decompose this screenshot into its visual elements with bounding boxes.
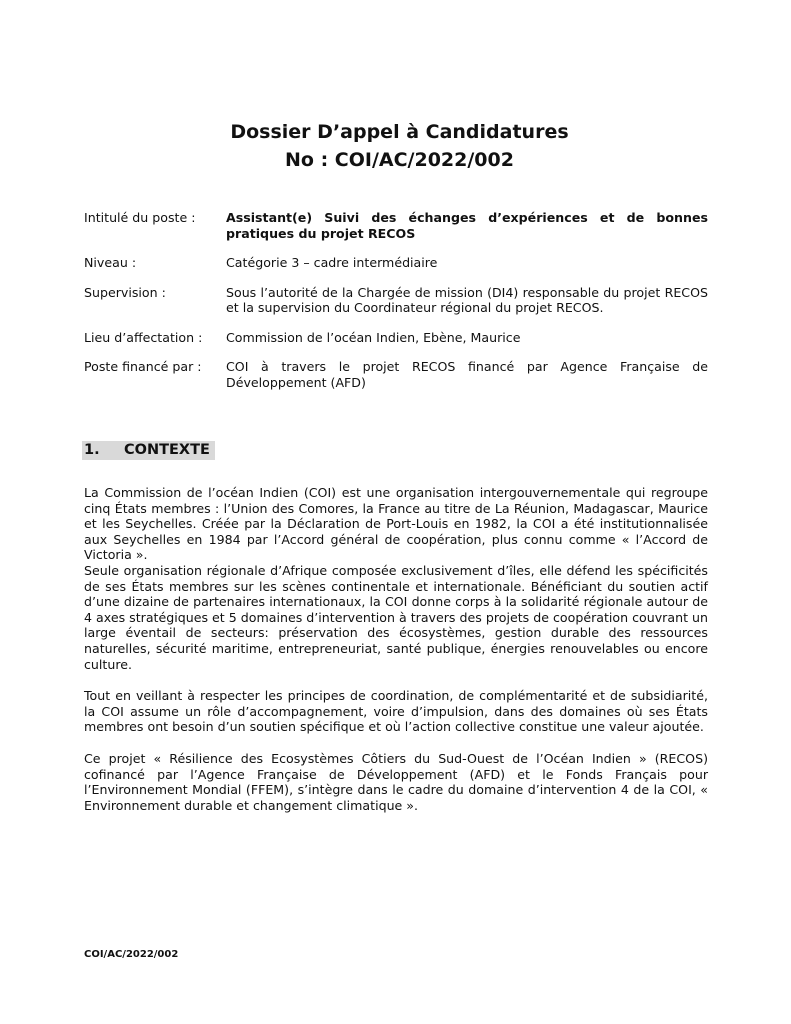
paragraph: Tout en veillant à respecter les princip… (84, 688, 708, 735)
field-row-location: Lieu d’affectation : Commission de l’océ… (84, 330, 708, 346)
field-value-supervision: Sous l’autorité de la Chargée de mission… (226, 285, 708, 316)
paragraph: Seule organisation régionale d’Afrique c… (84, 563, 708, 672)
field-row-job-title: Intitulé du poste : Assistant(e) Suivi d… (84, 210, 708, 241)
section-heading-context: 1.CONTEXTE (82, 441, 215, 460)
field-label: Niveau : (84, 255, 226, 271)
field-value-job-title: Assistant(e) Suivi des échanges d’expéri… (226, 210, 708, 241)
field-label: Poste financé par : (84, 359, 226, 390)
field-value-location: Commission de l’océan Indien, Ebène, Mau… (226, 330, 708, 346)
paragraph: La Commission de l’océan Indien (COI) es… (84, 485, 708, 563)
context-body: La Commission de l’océan Indien (COI) es… (84, 485, 708, 813)
footer-reference: COI/AC/2022/002 (84, 949, 178, 961)
section-title: CONTEXTE (124, 442, 210, 458)
job-details: Intitulé du poste : Assistant(e) Suivi d… (84, 210, 708, 404)
field-value-funding: COI à travers le projet RECOS financé pa… (226, 359, 708, 390)
field-label: Supervision : (84, 285, 226, 316)
document-title: Dossier D’appel à Candidatures No : COI/… (0, 118, 791, 174)
field-row-supervision: Supervision : Sous l’autorité de la Char… (84, 285, 708, 316)
title-reference-number: No : COI/AC/2022/002 (0, 146, 791, 174)
field-label: Lieu d’affectation : (84, 330, 226, 346)
section-number: 1. (84, 441, 124, 460)
field-label: Intitulé du poste : (84, 210, 226, 241)
paragraph: Ce projet « Résilience des Ecosystèmes C… (84, 751, 708, 813)
document-page: Dossier D’appel à Candidatures No : COI/… (0, 0, 791, 1024)
field-row-funding: Poste financé par : COI à travers le pro… (84, 359, 708, 390)
field-value-level: Catégorie 3 – cadre intermédiaire (226, 255, 708, 271)
title-line-1: Dossier D’appel à Candidatures (0, 118, 791, 146)
field-row-level: Niveau : Catégorie 3 – cadre intermédiai… (84, 255, 708, 271)
